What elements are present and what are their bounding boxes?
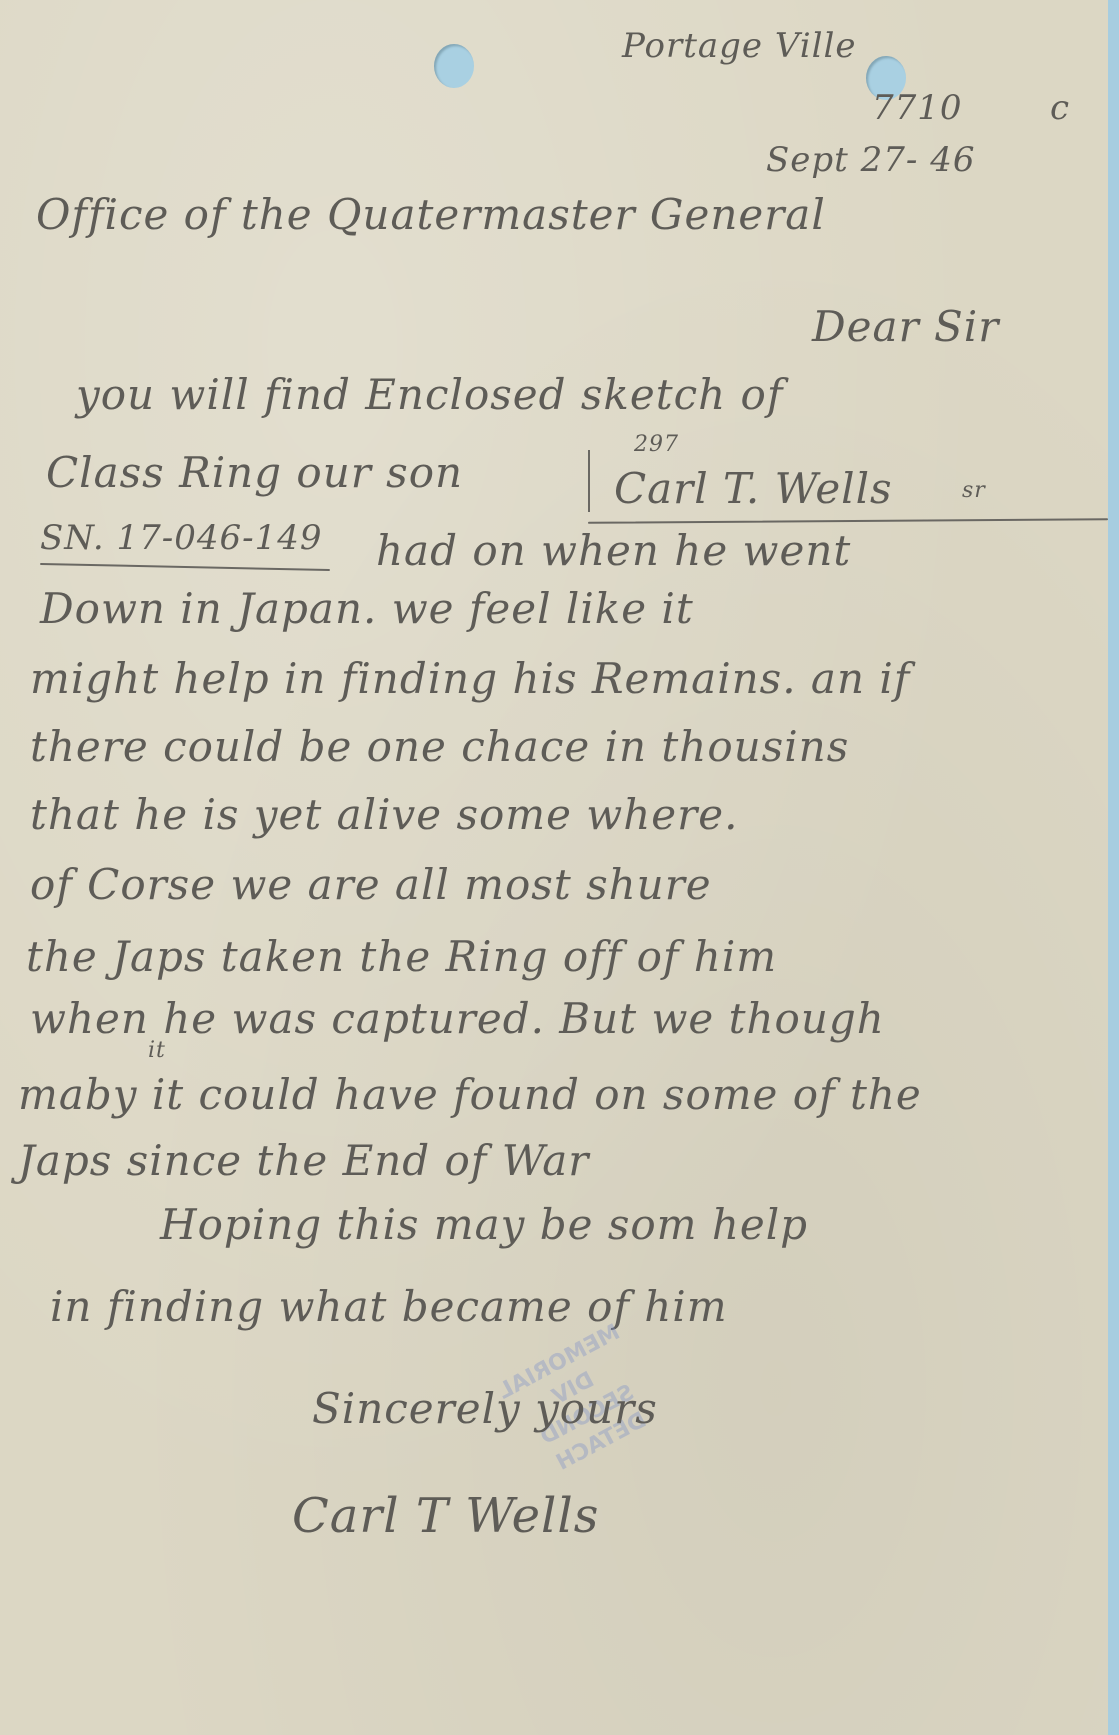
body-line-11: maby it could have found on some of the xyxy=(18,1070,922,1119)
body-line-5: might help in finding his Remains. an if xyxy=(30,654,910,703)
insert-mark: it xyxy=(148,1038,166,1063)
subject-annotation: 297 xyxy=(634,432,679,457)
closing: Sincerely yours xyxy=(312,1384,658,1433)
scan-background-edge xyxy=(1108,0,1119,1735)
signature: Carl T Wells xyxy=(292,1488,599,1544)
addressee: Office of the Quatermaster General xyxy=(36,190,826,239)
body-line-4: Down in Japan. we feel like it xyxy=(40,584,694,633)
subject-suffix: sr xyxy=(962,478,986,503)
body-line-14: in finding what became of him xyxy=(50,1282,728,1331)
punch-hole-left xyxy=(434,44,474,88)
body-line-10: when he was captured. But we though xyxy=(30,994,885,1043)
body-line-3: had on when he went xyxy=(376,526,851,575)
letter-page: Portage Ville 7710 c Sept 27- 46 Office … xyxy=(0,0,1108,1735)
body-line-6: there could be one chace in thousins xyxy=(30,722,849,771)
body-line-9: the Japs taken the Ring off of him xyxy=(26,932,777,981)
body-line-2: Class Ring our son xyxy=(46,448,463,497)
subject-name: Carl T. Wells xyxy=(614,464,893,513)
subject-underline xyxy=(588,518,1108,524)
body-line-1: you will find Enclosed sketch of xyxy=(76,370,783,419)
serial-number: SN. 17-046-149 xyxy=(40,518,323,558)
subject-bracket-mark xyxy=(588,450,590,512)
place-name: Portage Ville xyxy=(622,26,857,66)
file-mark: 7710 xyxy=(872,88,963,128)
salutation: Dear Sir xyxy=(812,302,999,351)
file-mark-suffix: c xyxy=(1050,88,1070,128)
body-line-13: Hoping this may be som help xyxy=(160,1200,808,1249)
body-line-7: that he is yet alive some where. xyxy=(30,790,738,839)
letter-date: Sept 27- 46 xyxy=(766,140,975,180)
body-line-8: of Corse we are all most shure xyxy=(30,860,712,909)
serial-number-underline xyxy=(40,563,330,571)
body-line-12: Japs since the End of War xyxy=(18,1136,589,1185)
